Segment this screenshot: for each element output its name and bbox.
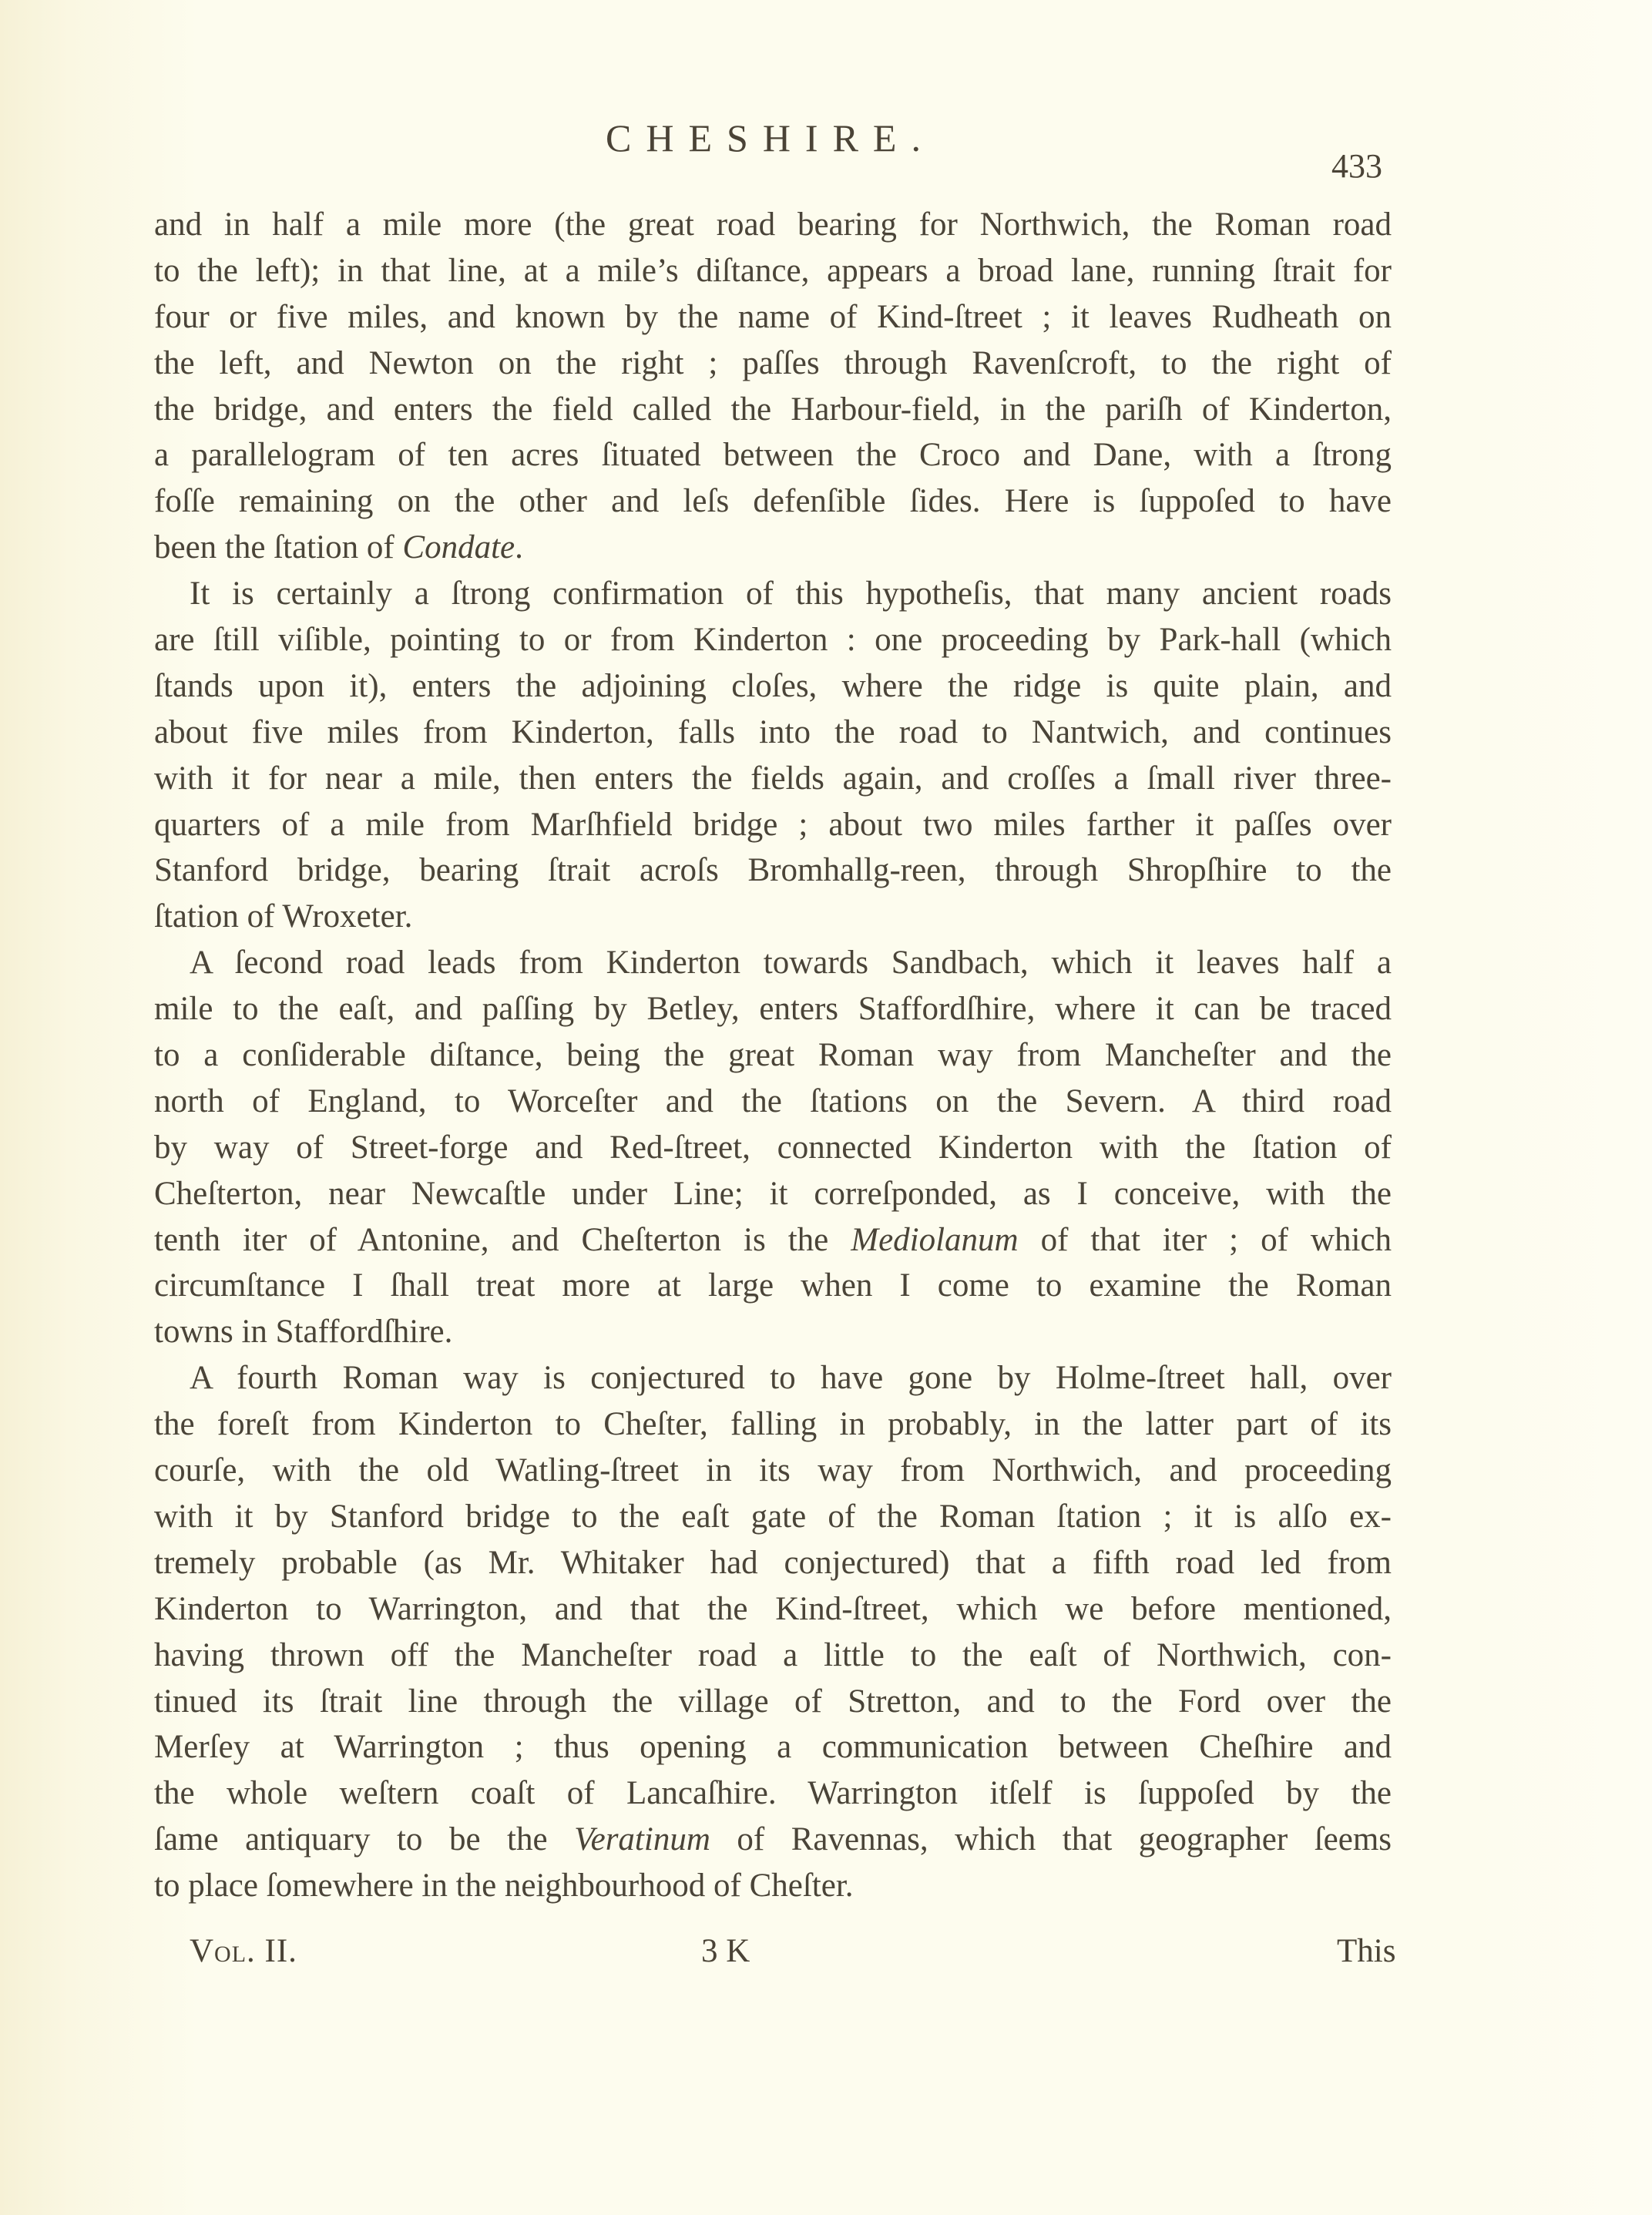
italic-place-name: Veratinum xyxy=(574,1821,710,1858)
text-line: and in half a mile more (the great road … xyxy=(154,202,1392,248)
text-line: tremely probable (as Mr. Whitaker had co… xyxy=(154,1540,1392,1586)
text-line: are ſtill viſible, pointing to or from K… xyxy=(154,617,1392,663)
text-line: the whole weſtern coaſt of Lancaſhire. W… xyxy=(154,1770,1392,1817)
text-line: four or five miles, and known by the nam… xyxy=(154,294,1392,341)
text-line: towns in Staffordſhire. xyxy=(154,1309,1392,1355)
text-line: ſame antiquary to be the Veratinum of Ra… xyxy=(154,1817,1392,1863)
text-line: by way of Street-forge and Red-ſtreet, c… xyxy=(154,1125,1392,1171)
text-line: Stanford bridge, bearing ſtrait acroſs B… xyxy=(154,847,1392,894)
italic-place-name: Mediolanum xyxy=(851,1222,1018,1258)
body-text: and in half a mile more (the great road … xyxy=(154,202,1392,1909)
text-line: having thrown off the Mancheſter road a … xyxy=(154,1633,1392,1679)
text-line: courſe, with the old Watling-ſtreet in i… xyxy=(154,1448,1392,1494)
volume-label: Vol. II. xyxy=(190,1932,297,1970)
text-line: ſtation of Wroxeter. xyxy=(154,894,1392,940)
text-line: to the left); in that line, at a mile’s … xyxy=(154,248,1392,294)
text-line: a parallelogram of ten acres ſituated be… xyxy=(154,432,1392,478)
text-line: the bridge, and enters the field called … xyxy=(154,387,1392,433)
text-line: north of England, to Worceſter and the ſ… xyxy=(154,1079,1392,1125)
text-line: the foreſt from Kinderton to Cheſter, fa… xyxy=(154,1401,1392,1448)
text-line: Kinderton to Warrington, and that the Ki… xyxy=(154,1586,1392,1633)
paragraph-start-line: A ſecond road leads from Kinderton towar… xyxy=(154,940,1392,986)
text-line: circumſtance I ſhall treat more at large… xyxy=(154,1263,1392,1309)
book-page: CHESHIRE. 433 and in half a mile more (t… xyxy=(0,0,1652,2215)
text-line: Cheſterton, near Newcaſtle under Line; i… xyxy=(154,1171,1392,1217)
text-line: ſtands upon it), enters the adjoining cl… xyxy=(154,663,1392,710)
paragraph-start-line: A fourth Roman way is conjectured to hav… xyxy=(154,1355,1392,1401)
page-footer: Vol. II. 3 K This xyxy=(0,1932,1652,1978)
text-line: Merſey at Warrington ; thus opening a co… xyxy=(154,1724,1392,1770)
text-line: mile to the eaſt, and paſſing by Betley,… xyxy=(154,986,1392,1032)
text-line: to place ſomewhere in the neighbourhood … xyxy=(154,1863,1392,1909)
text-line: the left, and Newton on the right ; paſſ… xyxy=(154,341,1392,387)
text-line: about five miles from Kinderton, falls i… xyxy=(154,710,1392,756)
paragraph-start-line: It is certainly a ſtrong confirmation of… xyxy=(154,571,1392,617)
text-line: with it by Stanford bridge to the eaſt g… xyxy=(154,1494,1392,1540)
text-line: to a conſiderable diſtance, being the gr… xyxy=(154,1032,1392,1079)
text-line: with it for near a mile, then enters the… xyxy=(154,756,1392,802)
italic-place-name: Condate xyxy=(402,529,515,565)
signature-mark: 3 K xyxy=(701,1932,750,1970)
running-title: CHESHIRE. xyxy=(586,116,955,160)
catchword: This xyxy=(1337,1932,1395,1970)
text-line: tinued its ſtrait line through the villa… xyxy=(154,1679,1392,1725)
text-line: foſſe remaining on the other and leſs de… xyxy=(154,478,1392,525)
text-line: quarters of a mile from Marſhfield bridg… xyxy=(154,802,1392,848)
text-line: been the ſtation of Condate. xyxy=(154,525,1392,571)
text-line: tenth iter of Antonine, and Cheſterton i… xyxy=(154,1217,1392,1264)
page-number: 433 xyxy=(1331,146,1382,186)
